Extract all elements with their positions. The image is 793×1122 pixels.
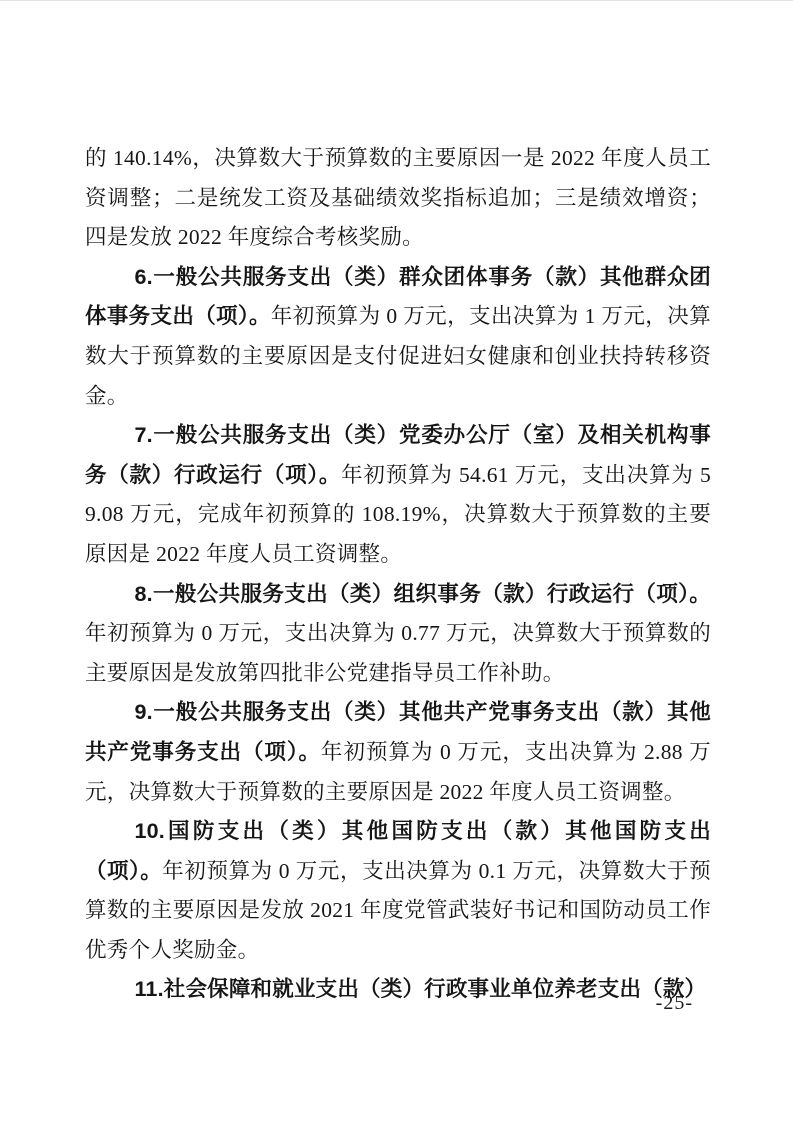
paragraph-item-8: 8.一般公共服务支出（类）组织事务（款）行政运行（项）。年初预算为 0 万元，支… xyxy=(85,575,711,694)
paragraph-heading: 8.一般公共服务支出（类）组织事务（款）行政运行（项）。 xyxy=(134,582,711,606)
paragraph-item-10: 10.国防支出（类）其他国防支出（款）其他国防支出（项）。年初预算为 0 万元，… xyxy=(85,812,711,970)
paragraph-text: 的 140.14%，决算数大于预算数的主要原因一是 2022 年度人员工资调整；… xyxy=(85,146,711,249)
paragraph-item-7: 7.一般公共服务支出（类）党委办公厅（室）及相关机构事务（款）行政运行（项）。年… xyxy=(85,416,711,574)
paragraph-item-11: 11.社会保障和就业支出（类）行政事业单位养老支出（款） xyxy=(85,970,711,1010)
paragraph-text: 年初预算为 0 万元，支出决算为 0.77 万元，决算数大于预算数的主要原因是发… xyxy=(85,621,711,685)
paragraph-heading: 11.社会保障和就业支出（类）行政事业单位养老支出（款） xyxy=(134,977,706,1001)
paragraph-text: 年初预算为 0 万元，支出决算为 0.1 万元，决算数大于预算数的主要原因是发放… xyxy=(85,859,711,962)
paragraph-continuation: 的 140.14%，决算数大于预算数的主要原因一是 2022 年度人员工资调整；… xyxy=(85,139,711,258)
document-page: 的 140.14%，决算数大于预算数的主要原因一是 2022 年度人员工资调整；… xyxy=(0,0,793,1122)
paragraph-item-9: 9.一般公共服务支出（类）其他共产党事务支出（款）其他共产党事务支出（项）。年初… xyxy=(85,693,711,812)
paragraph-item-6: 6.一般公共服务支出（类）群众团体事务（款）其他群众团体事务支出（项）。年初预算… xyxy=(85,258,711,416)
document-body: 的 140.14%，决算数大于预算数的主要原因一是 2022 年度人员工资调整；… xyxy=(85,139,711,1010)
page-number: -25- xyxy=(656,991,693,1015)
